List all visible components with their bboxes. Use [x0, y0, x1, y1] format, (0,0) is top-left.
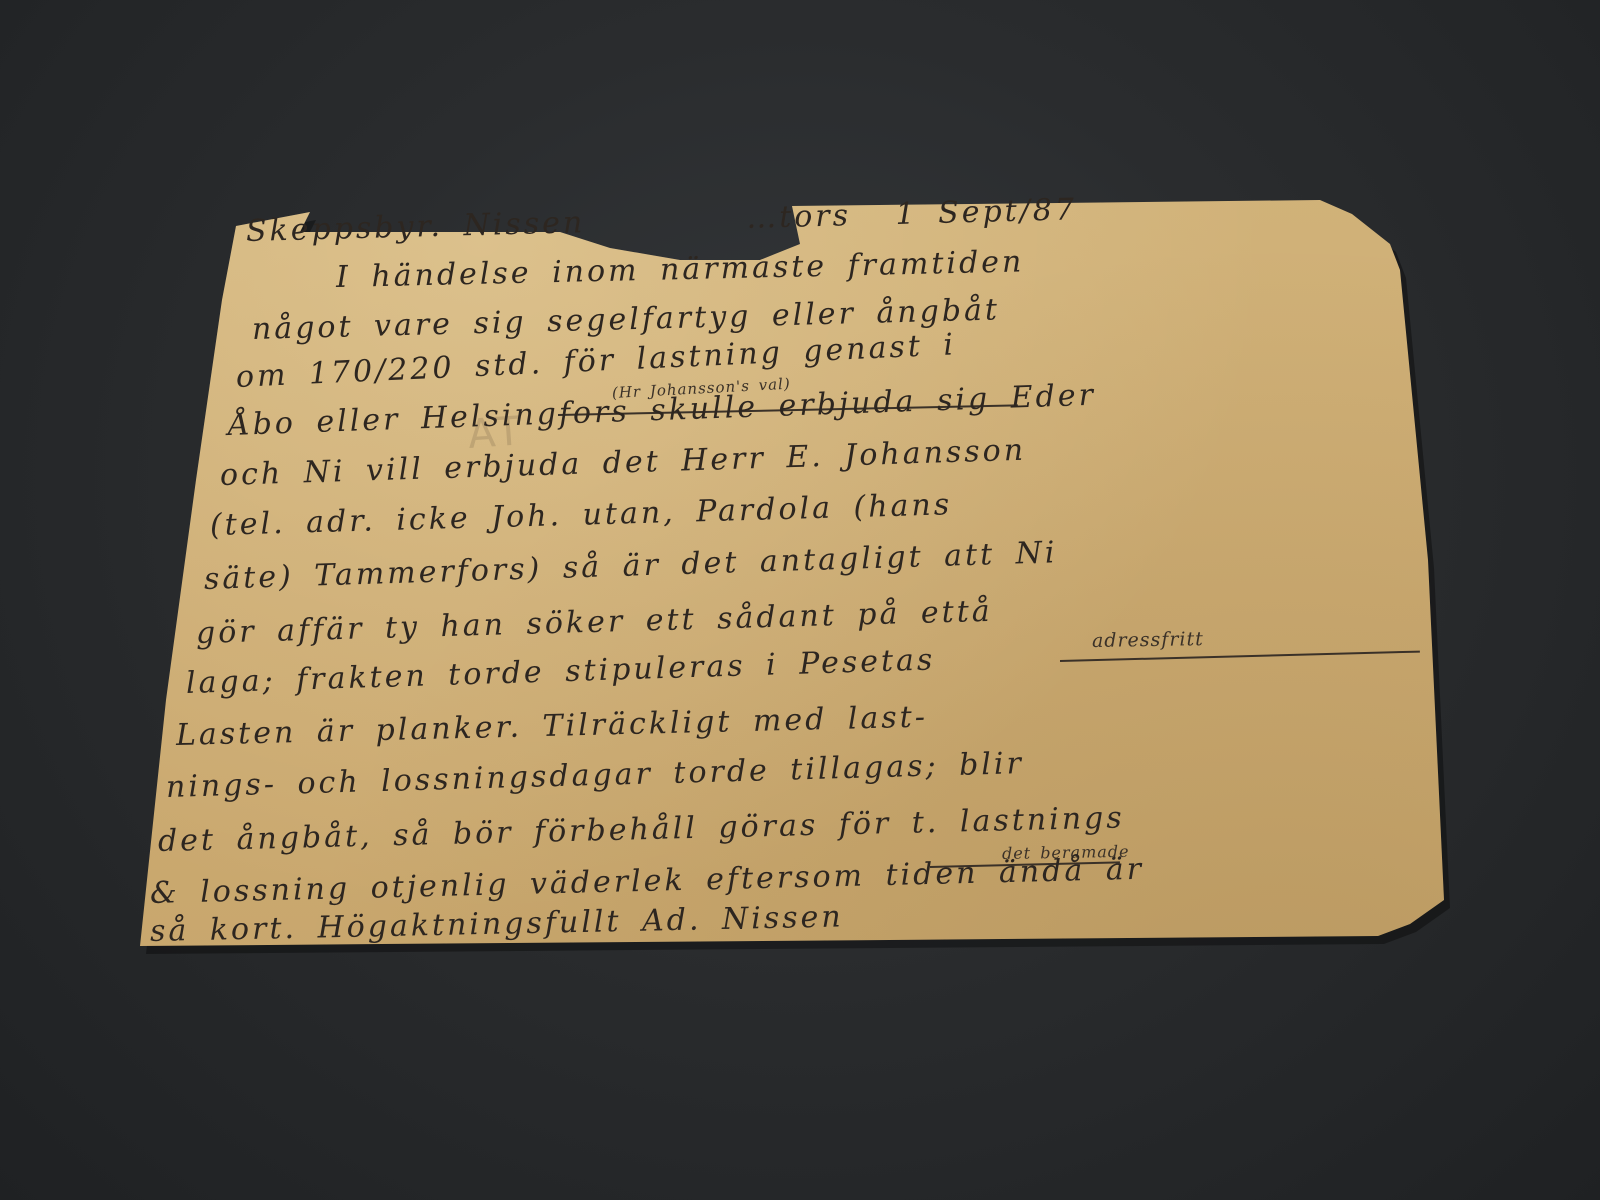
place-name: …tors [746, 198, 852, 236]
insertion-adressfritt: adressfritt [1092, 628, 1204, 652]
letter-date: 1 Sept/87 [895, 192, 1077, 232]
